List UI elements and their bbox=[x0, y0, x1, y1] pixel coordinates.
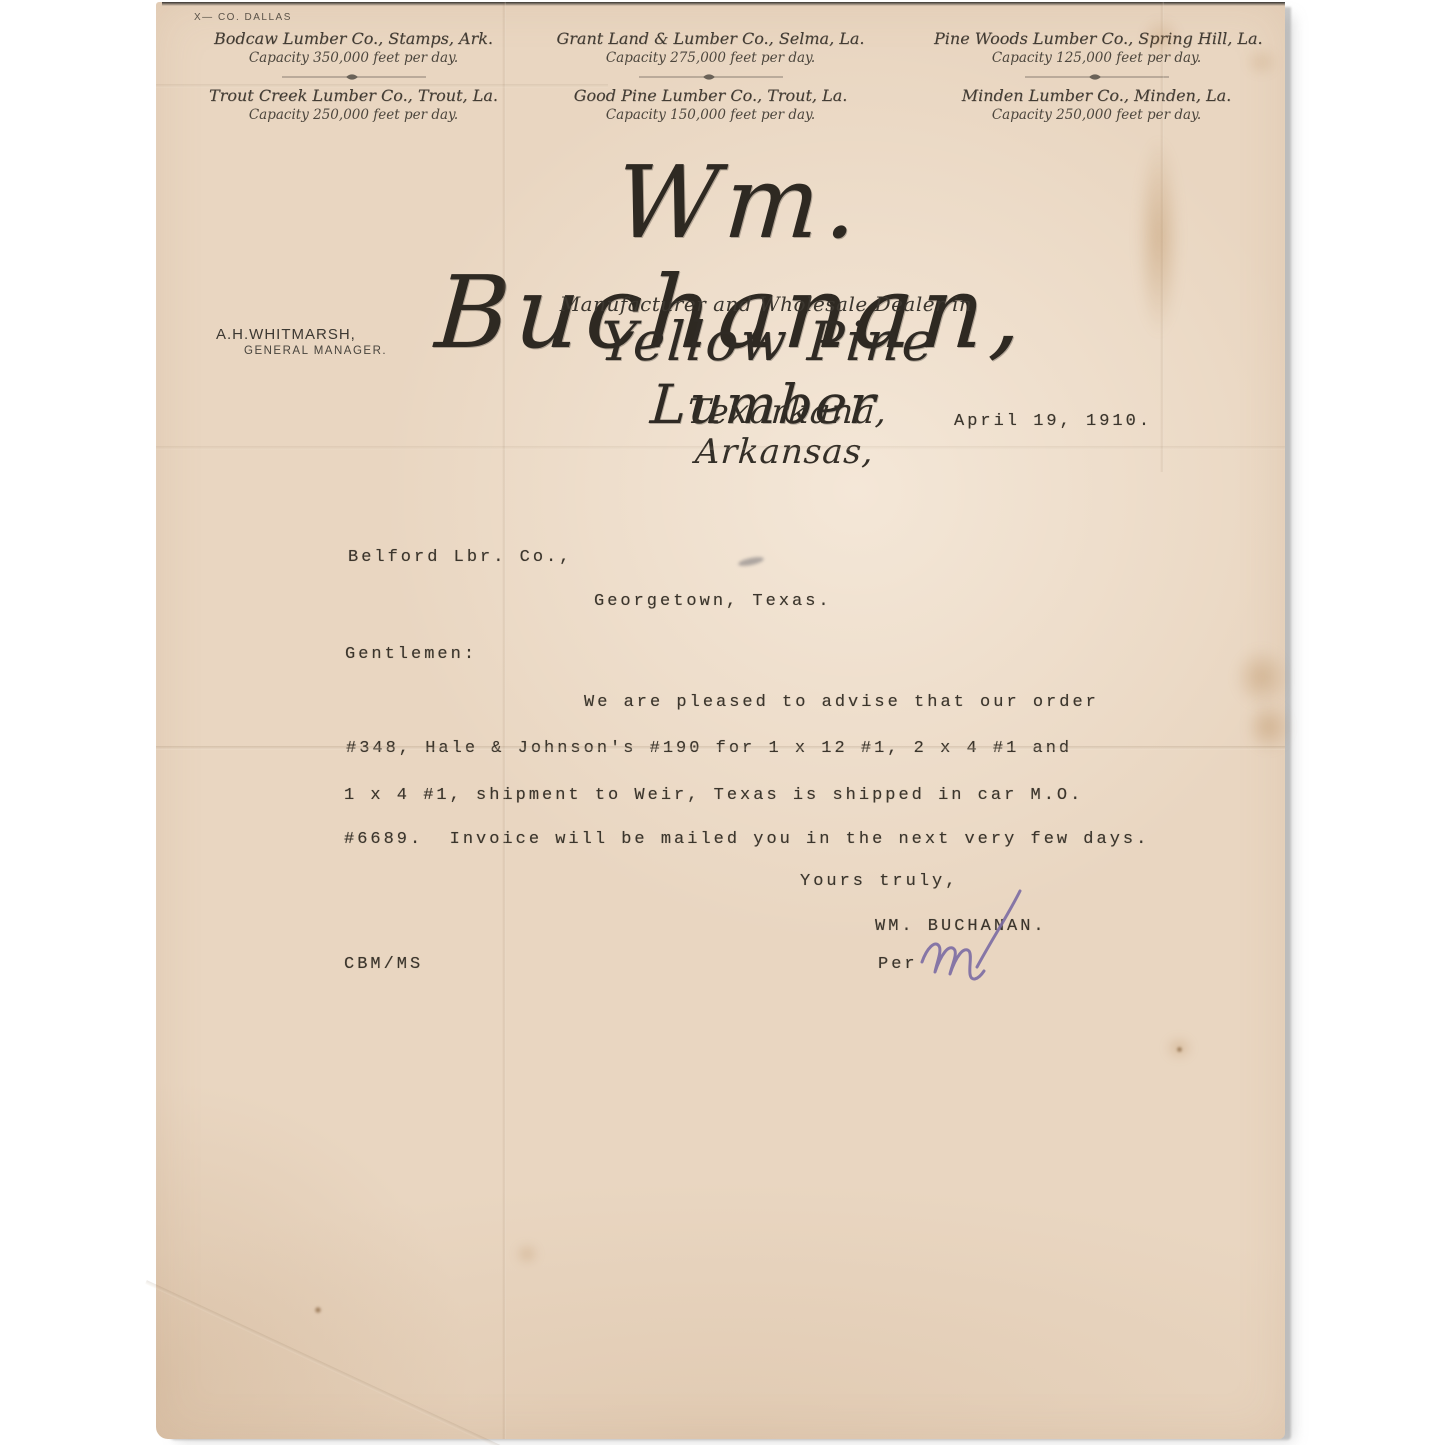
mill-name: Bodcaw Lumber Co., Stamps, Ark. bbox=[196, 28, 511, 49]
company-location: Texarkana, Arkansas, bbox=[593, 392, 979, 472]
stain bbox=[516, 1244, 538, 1264]
mill-name: Minden Lumber Co., Minden, La. bbox=[934, 85, 1259, 106]
body-line-2: #348, Hale & Johnson's #190 for 1 x 12 #… bbox=[346, 739, 1072, 758]
mill-capacity: Capacity 350,000 feet per day. bbox=[196, 49, 511, 68]
typist-initials: CBM/MS bbox=[344, 955, 423, 974]
stain-spot bbox=[314, 1306, 322, 1314]
letter-document: X— CO. DALLAS Bodcaw Lumber Co., Stamps,… bbox=[156, 2, 1285, 1439]
manager-title: GENERAL MANAGER. bbox=[244, 345, 387, 357]
mill-capacity: Capacity 150,000 feet per day. bbox=[538, 106, 883, 125]
mill-capacity: Capacity 125,000 feet per day. bbox=[934, 49, 1259, 68]
letterhead-mill-column-1: Bodcaw Lumber Co., Stamps, Ark. Capacity… bbox=[196, 28, 511, 125]
stain bbox=[1246, 702, 1291, 752]
ornament-divider-icon bbox=[1022, 72, 1172, 82]
pencil-smudge bbox=[738, 555, 765, 567]
fold-crease-corner bbox=[145, 1280, 509, 1445]
mill-name: Good Pine Lumber Co., Trout, La. bbox=[538, 85, 883, 106]
letterhead-mill-column-2: Grant Land & Lumber Co., Selma, La. Capa… bbox=[538, 28, 883, 125]
mill-capacity: Capacity 250,000 feet per day. bbox=[196, 106, 511, 125]
general-manager-block: A.H.WHITMARSH, GENERAL MANAGER. bbox=[216, 326, 387, 357]
recipient-name: Belford Lbr. Co., bbox=[348, 548, 572, 567]
mill-capacity: Capacity 275,000 feet per day. bbox=[538, 49, 883, 68]
mill-name: Pine Woods Lumber Co., Spring Hill, La. bbox=[934, 28, 1259, 49]
scan-background: X— CO. DALLAS Bodcaw Lumber Co., Stamps,… bbox=[0, 0, 1445, 1445]
body-line-1: We are pleased to advise that our order bbox=[584, 693, 1099, 712]
letter-date: April 19, 1910. bbox=[954, 412, 1152, 431]
body-line-4: #6689. Invoice will be mailed you in the… bbox=[344, 830, 1149, 849]
letterhead-mill-column-3: Pine Woods Lumber Co., Spring Hill, La. … bbox=[934, 28, 1259, 125]
mill-name: Grant Land & Lumber Co., Selma, La. bbox=[538, 28, 883, 49]
recipient-city: Georgetown, Texas. bbox=[594, 592, 832, 611]
ornament-divider-icon bbox=[279, 72, 429, 82]
salutation: Gentlemen: bbox=[345, 645, 477, 664]
stain bbox=[1166, 1037, 1192, 1059]
body-line-3: 1 x 4 #1, shipment to Weir, Texas is shi… bbox=[344, 786, 1083, 805]
handwritten-initial-signature bbox=[914, 888, 1029, 992]
printer-mark: X— CO. DALLAS bbox=[194, 12, 292, 23]
stain-spot bbox=[1176, 1046, 1183, 1053]
mill-name: Trout Creek Lumber Co., Trout, La. bbox=[196, 85, 511, 106]
per-label: Per bbox=[878, 955, 918, 974]
scan-top-edge bbox=[162, 2, 1285, 6]
mill-capacity: Capacity 250,000 feet per day. bbox=[934, 106, 1259, 125]
manager-name: A.H.WHITMARSH, bbox=[216, 326, 387, 343]
stain bbox=[1234, 647, 1289, 707]
ornament-divider-icon bbox=[636, 72, 786, 82]
